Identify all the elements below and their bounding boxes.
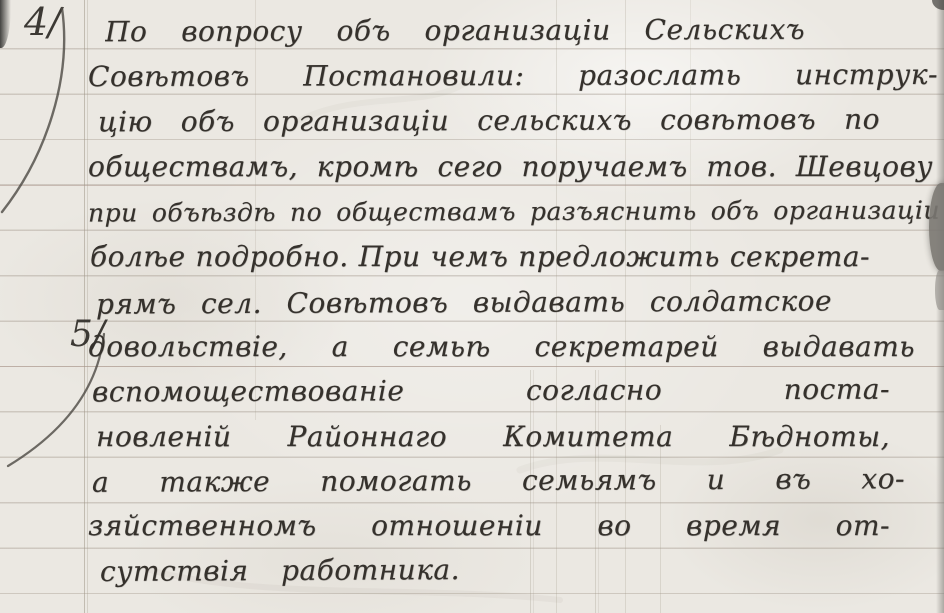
manuscript-line: цію объ организаціи сельскихъ совѣтовъ п… [98,101,880,146]
margin-rule [84,0,85,613]
manuscript-line: а также помогать семьямъ и въ хо- [92,460,905,506]
manuscript-line: вспомоществованіе согласно поста- [92,371,890,416]
manuscript-line: рямъ сел. Совѣтовъ выдавать солдатское [96,282,832,327]
torn-paper-edge [935,270,944,310]
margin-item-number-4: 4/ [24,0,61,44]
manuscript-line: По вопросу объ организаціи Сельскихъ [105,11,805,55]
manuscript-line: болѣе подробно. При чемъ предложить секр… [90,238,870,280]
manuscript-line: новленій Районнаго Комитета Бѣдноты, [96,418,890,460]
manuscript-line: зяйственномъ отношеніи во время от- [88,507,890,549]
manuscript-line: Совѣтовъ Постановили: разослать инструк- [88,56,938,100]
manuscript-line: довольствіе, а семьѣ секретарей выдавать [88,328,915,370]
manuscript-page: 4/ 5/ По вопросу объ организаціи Сельски… [0,0,944,613]
manuscript-line: обществамъ, кромѣ сего поручаемъ тов. Ше… [88,148,933,190]
manuscript-line: при объѣздѣ по обществамъ разъяснить объ… [88,192,940,237]
manuscript-line: сутствія работника. [100,551,460,595]
